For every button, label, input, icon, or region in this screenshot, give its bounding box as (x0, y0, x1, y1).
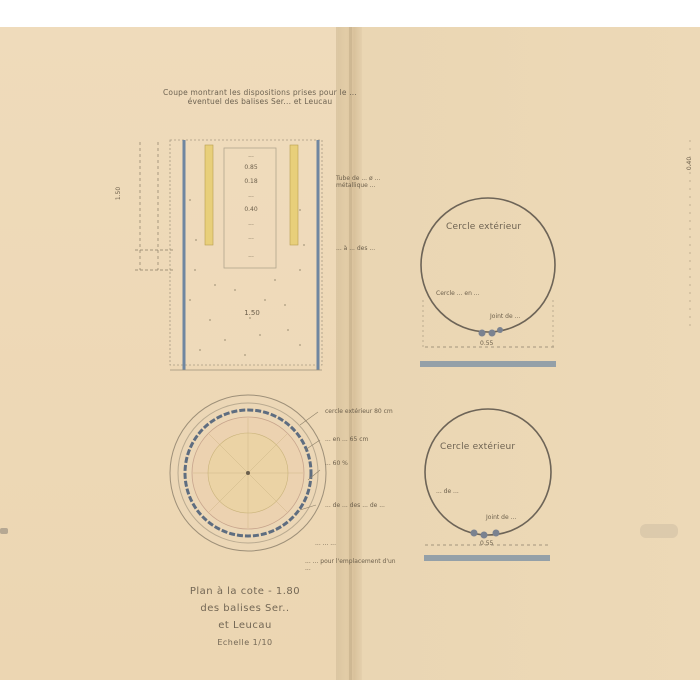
plan-view (170, 395, 326, 551)
core-label-0: ... (236, 152, 266, 159)
circle1-inner-label: Cercle ... en ... (436, 290, 480, 297)
core-label-3: ... (236, 192, 266, 199)
section-title: Coupe montrant les dispositions prises p… (160, 88, 360, 106)
section-side-dimension: 1.50 (115, 187, 122, 200)
left-edge-mark (0, 528, 8, 534)
circle1-dim-label: 0.55 (480, 340, 493, 347)
plan-title-line-1: Plan à la cote - 1.80 (160, 583, 330, 600)
plan-title-line-2: des balises Ser.. (160, 600, 330, 617)
plan-note-2: ... en ... 65 cm (325, 436, 405, 443)
plan-title-line-4: Echelle 1/10 (160, 634, 330, 651)
plan-note-3: ... 60 % (325, 460, 405, 467)
plan-note-5: ... ... ... (315, 540, 395, 547)
plan-note-6: ... ... pour l'emplacement d'un ... (305, 558, 400, 572)
section-note-1: Tube de ... ø ... métallique ... (336, 175, 406, 189)
circle1-joint-label: Joint de ... (490, 313, 520, 320)
circle2-dim-label: 0.55 (480, 540, 493, 547)
section-note-2: ... à ... des ... (336, 245, 406, 252)
core-label-1: 0.85 (236, 164, 266, 171)
section-view (135, 140, 322, 370)
plan-note-1: cercle extérieur 80 cm (325, 408, 405, 415)
plan-note-4: ... de ... des ... de ... (325, 502, 405, 509)
circle1-label: Cercle extérieur (446, 223, 521, 232)
circle2-inner-label: ... de ... (436, 488, 459, 495)
stain-mark (640, 524, 678, 538)
section-bottom-label: 1.50 (232, 310, 272, 317)
plan-title-line-3: et Leucau (160, 617, 330, 634)
circle2-label: Cercle extérieur (440, 443, 515, 452)
margin-note: 0.40 (686, 157, 693, 170)
core-label-2: 0.18 (236, 178, 266, 185)
core-label-7: ... (236, 252, 266, 259)
core-label-5: ... (236, 220, 266, 227)
circle2-joint-label: Joint de ... (486, 514, 516, 521)
core-label-4: 0.40 (236, 206, 266, 213)
plan-title: Plan à la cote - 1.80 des balises Ser.. … (160, 583, 330, 651)
detail-circle-2 (424, 409, 551, 561)
core-label-6: ... (236, 234, 266, 241)
